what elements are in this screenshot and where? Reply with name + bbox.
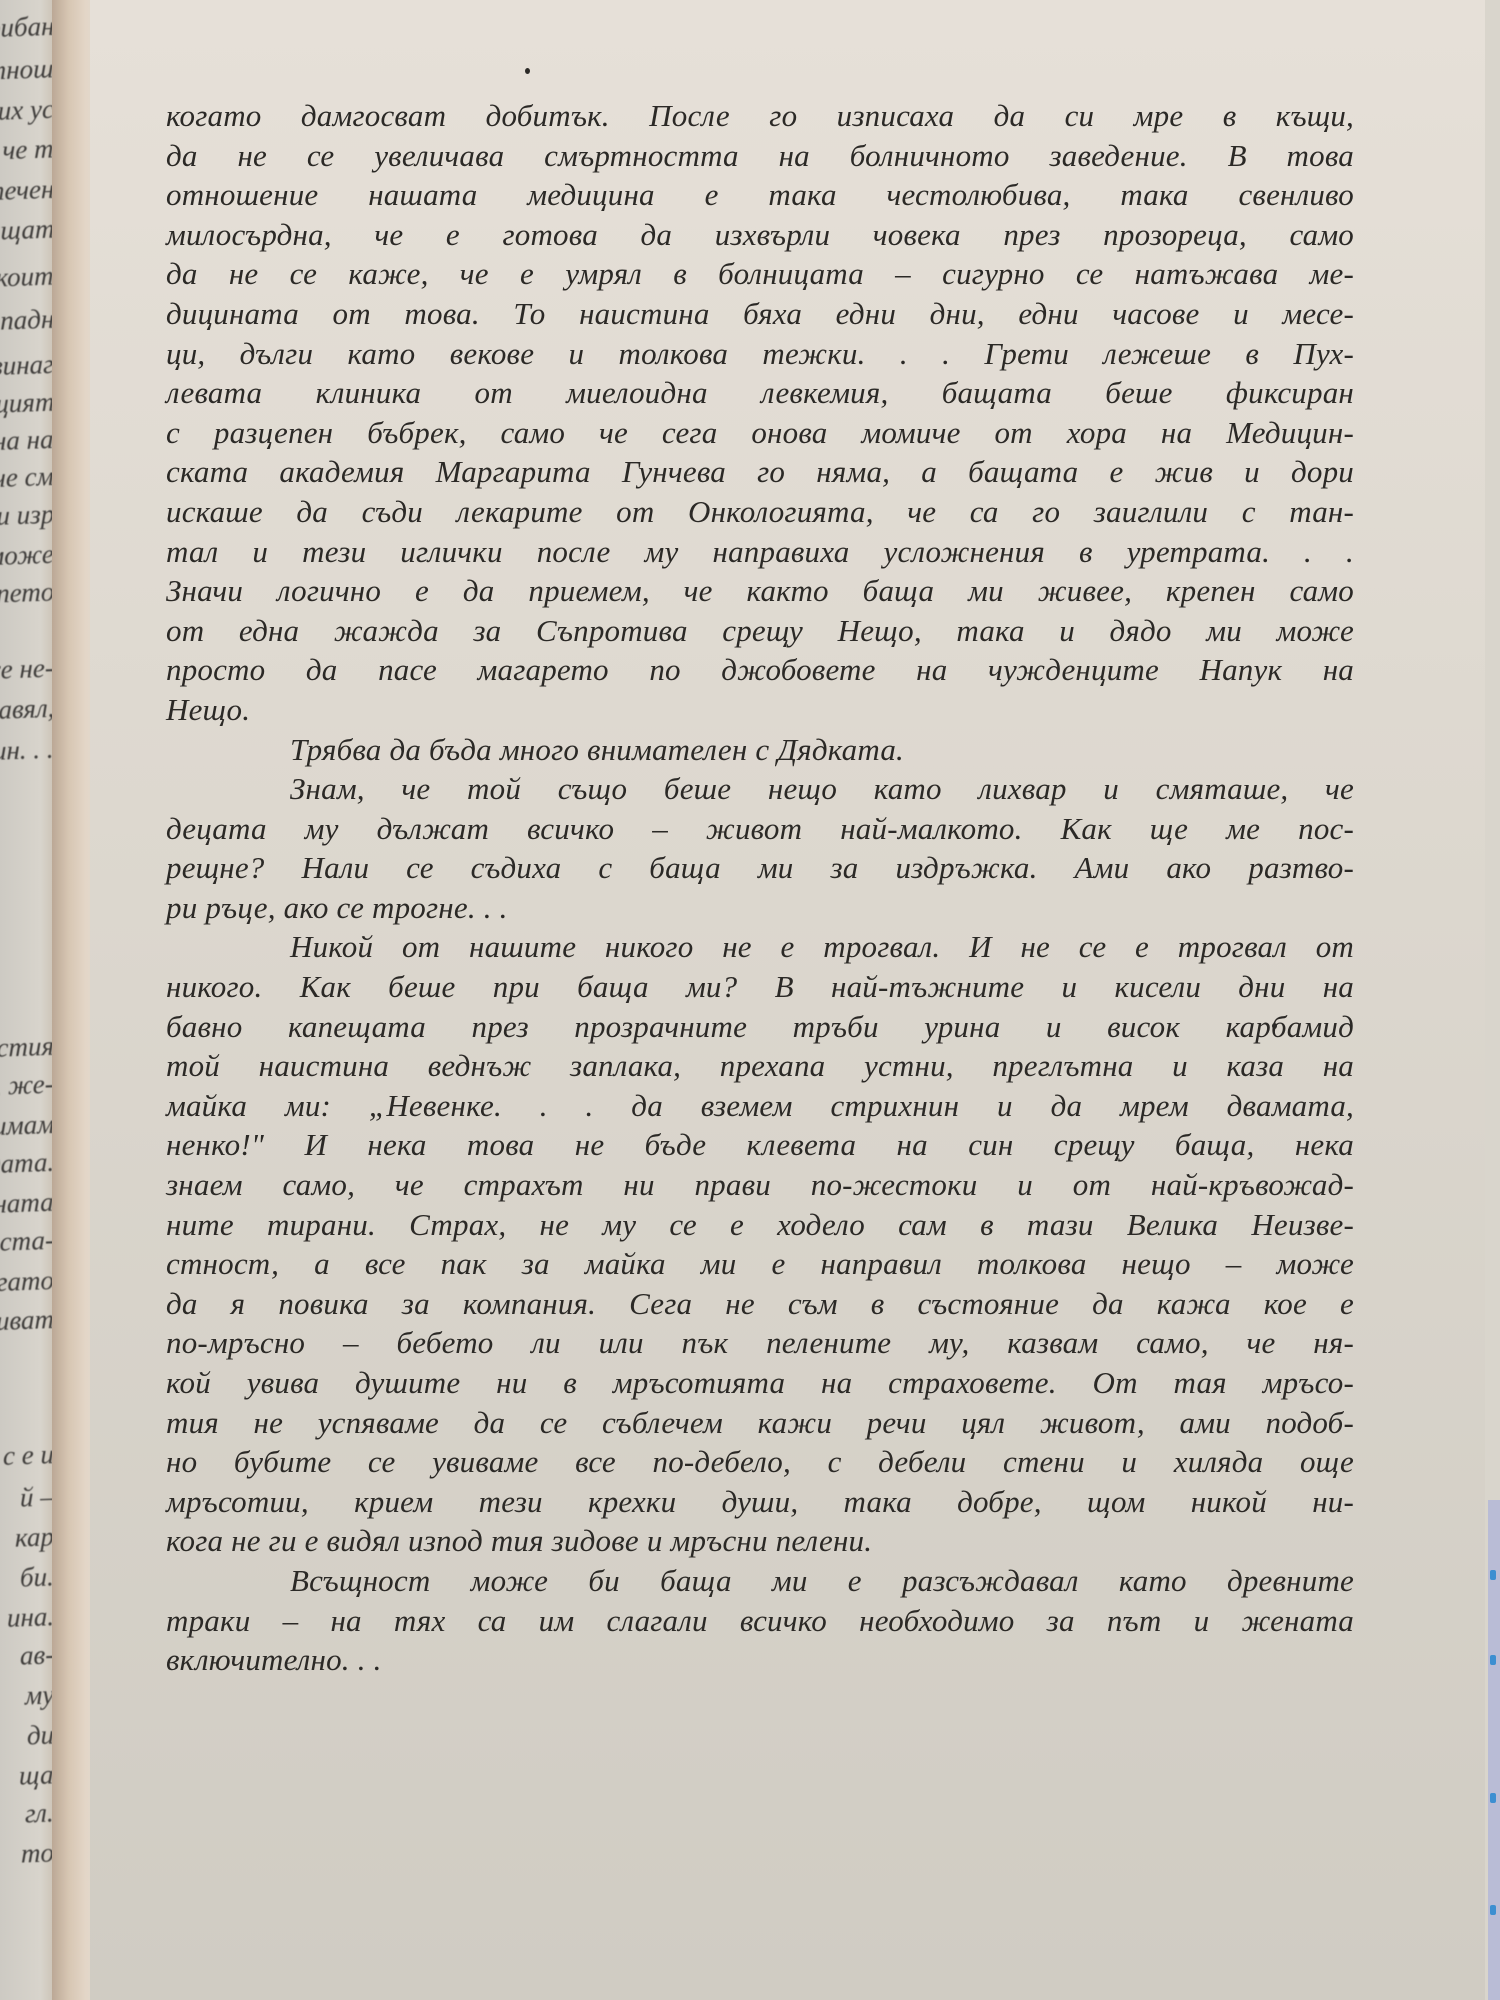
- left-page-fragment: дата.: [0, 1147, 54, 1180]
- left-page-fragment: о отнош: [0, 53, 54, 88]
- left-page-fragment: че см: [0, 461, 54, 494]
- left-page-fragment: зи изр: [0, 499, 54, 532]
- text-line: децата му дължат всичко – живот най-малк…: [166, 809, 1354, 849]
- text-line: ните тирани. Страх, не му се е ходело са…: [166, 1205, 1354, 1245]
- text-line: тия не успяваме да се съблечем кажи речи…: [166, 1403, 1354, 1443]
- paragraph-start-line: Всъщност може би баща ми е разсъждавал к…: [166, 1561, 1354, 1601]
- paragraph-start-line: Никой от нашите никого не е трогвал. И н…: [166, 927, 1354, 967]
- text-line: траки – на тях са им слагали всичко необ…: [166, 1601, 1354, 1641]
- left-page-fragment: с е и: [3, 1439, 54, 1472]
- left-page-fragment: син. . .: [0, 734, 54, 768]
- text-line: мръсотии, крием тези крехки души, така д…: [166, 1482, 1354, 1522]
- left-page-fragment: ща: [19, 1759, 54, 1791]
- left-page-fragment: би.: [20, 1561, 54, 1593]
- text-line: кога не ги е видял изпод тия зидове и мр…: [166, 1521, 1354, 1561]
- text-line: стност, а все пак за майка ми е направил…: [166, 1244, 1354, 1284]
- left-page-fragment: то: [21, 1837, 54, 1869]
- text-line: кой увива душите ни в мръсотията на стра…: [166, 1363, 1354, 1403]
- text-line: от една жажда за Съпротива срещу Нещо, т…: [166, 611, 1354, 651]
- text-line: ската академия Маргарита Гунчева го няма…: [166, 452, 1354, 492]
- left-page-fragment: ав-: [20, 1639, 54, 1671]
- paragraph-start-line: Знам, че той също беше нещо като лихвар …: [166, 769, 1354, 809]
- left-page-fragment: и, же-: [0, 1069, 54, 1103]
- left-page-fragment: вих ус: [0, 94, 54, 127]
- left-page-fragment: Кепето: [0, 576, 54, 610]
- left-page-fragment: гато: [0, 1265, 54, 1298]
- text-line: милосърдна, че е готова да изхвърли чове…: [166, 215, 1354, 255]
- text-line: но бубите се увиваме все по-дебело, с де…: [166, 1442, 1354, 1482]
- text-line: с разцепен бъбрек, само че сега онова мо…: [166, 413, 1354, 453]
- text-line: той наистина веднъж заплака, прехапа уст…: [166, 1046, 1354, 1086]
- text-line: ри ръце, ако се трогне. . .: [166, 888, 1354, 928]
- left-page-fragment: о падн: [0, 304, 54, 338]
- left-page-fragment: ината: [0, 1187, 54, 1221]
- left-page-fragment: й –: [20, 1481, 54, 1513]
- text-line: никого. Как беше при баща ми? В най-тъжн…: [166, 967, 1354, 1007]
- left-page-fragment: ци, че т: [0, 133, 54, 167]
- text-line: просто да пасе магарето по джобовете на …: [166, 650, 1354, 690]
- left-page-fragment: ина.: [7, 1601, 54, 1634]
- text-line: рещне? Нали се съдиха с баща ми за издръ…: [166, 848, 1354, 888]
- left-page-fragment: е, коит: [0, 261, 54, 295]
- text-line: да я повика за компания. Сега не съм в с…: [166, 1284, 1354, 1324]
- text-line: отношение нашата медицина е така честолю…: [166, 175, 1354, 215]
- left-page-fragment: гл.: [25, 1797, 54, 1829]
- text-line: включително. . .: [166, 1640, 1354, 1680]
- text-line: ци, дълги като векове и толкова тежки. .…: [166, 334, 1354, 374]
- text-line: Нещо.: [166, 690, 1354, 730]
- page-body-text: когато дамгосват добитък. После го изпис…: [166, 96, 1354, 1680]
- text-line: да не се увеличава смъртността на болнич…: [166, 136, 1354, 176]
- left-page-fragment: иват: [0, 1304, 54, 1337]
- left-page-fragment: на на: [0, 424, 54, 457]
- left-page-fragment: може: [0, 539, 54, 572]
- left-page-fragment: му: [25, 1679, 54, 1711]
- text-line: левата клиника от миелоидна левкемия, ба…: [166, 373, 1354, 413]
- left-page-fragment: винаг: [0, 349, 54, 382]
- text-line: когато дамгосват добитък. После го изпис…: [166, 96, 1354, 136]
- left-page-fragment: рибан: [0, 11, 54, 44]
- left-page-fragment: Бащат: [0, 214, 54, 248]
- text-line: искаше да съди лекарите от Онкологията, …: [166, 492, 1354, 532]
- text-line: по-мръсно – бебето ли или пък пелените м…: [166, 1323, 1354, 1363]
- left-page-fragment: астия: [0, 1031, 54, 1064]
- text-line: дицината от това. То наистина бяха едни …: [166, 294, 1354, 334]
- text-line: бавно капещата през прозрачните тръби ур…: [166, 1007, 1354, 1047]
- book-gutter: [52, 0, 94, 2000]
- text-line: знаем само, че страхът ни прави по-жесто…: [166, 1165, 1354, 1205]
- left-page-fragment: равял,: [0, 693, 54, 726]
- left-page-fragment: же не-: [0, 653, 54, 687]
- text-line: майка ми: „Невенке. . . да вземем стрихн…: [166, 1086, 1354, 1126]
- left-page-fragment: ди: [27, 1720, 54, 1752]
- left-page-fragment: имам: [0, 1109, 54, 1142]
- text-line: ненко!" И нека това не бъде клевета на с…: [166, 1125, 1354, 1165]
- text-line: да не се каже, че е умрял в болницата – …: [166, 254, 1354, 294]
- left-page-fragment: дста-: [0, 1225, 54, 1258]
- adjacent-left-page: рибан о отнош вих ус ци, че т течен Баща…: [0, 0, 58, 2000]
- paragraph-start-line: Трябва да бъда много внимателен с Дядкат…: [166, 730, 1354, 770]
- left-page-fragment: ощият: [0, 387, 54, 421]
- text-line: тал и тези иглички после му направиха ус…: [166, 532, 1354, 572]
- ink-speck: [525, 68, 530, 74]
- left-page-fragment: кар: [15, 1521, 54, 1553]
- right-edge-background: [1488, 1500, 1500, 2000]
- text-line: Значи логично е да приемем, че както бащ…: [166, 571, 1354, 611]
- left-page-fragment: течен: [0, 174, 54, 207]
